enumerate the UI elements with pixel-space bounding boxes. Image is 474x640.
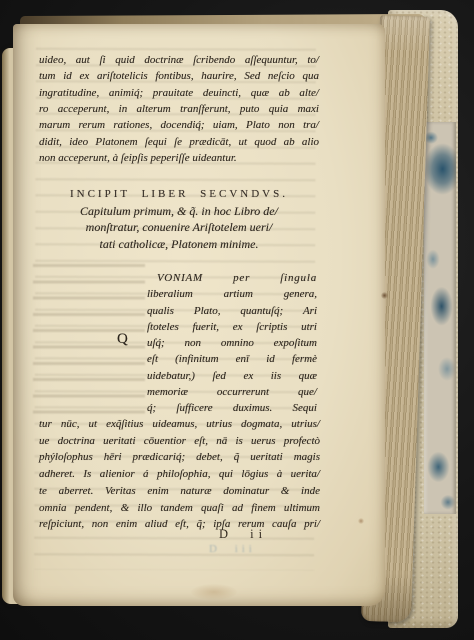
text-line: uſq́; non omnino expoſitum <box>147 335 317 351</box>
text-line: uidebatur,) ſed ex iis quæ <box>147 368 317 384</box>
text-line: tum id ex ariſtotelicis fontibus, haurir… <box>39 68 319 84</box>
text-line: uideo, aut ſi quid doctrinæ ſcribendo aſ… <box>39 52 319 68</box>
text-line: te aberret. Veritas enim naturæ dominatu… <box>39 483 320 500</box>
book-photograph: uideo, aut ſi quid doctrinæ ſcribendo aſ… <box>0 0 474 640</box>
foxing-stain <box>191 584 237 600</box>
text-line: qualis Plato, quantuſq́; Ari <box>147 303 317 319</box>
book-page: uideo, aut ſi quid doctrinæ ſcribendo aſ… <box>13 24 385 606</box>
foxing-spot <box>358 518 364 524</box>
text-line: omnia pendent, & illo tandem quaſi ad fi… <box>39 500 320 517</box>
incipit-title: INCIPIT LIBER SECVNDVS. <box>39 185 319 203</box>
text-line: ro acceperunt, in alterum tranſferunt, p… <box>39 101 319 117</box>
ink-show-through-margin <box>33 264 145 426</box>
text-line: q́; ſufficere duximus. Sequi <box>147 400 317 416</box>
text-line: tur nūc, ut exq̃ſitius uideamus, utrius … <box>39 416 320 433</box>
argument-line: monſtratur, conuenire Ariſtotelem ueri/ <box>39 219 319 235</box>
initial-guide-letter: Q <box>117 332 128 347</box>
text-line: non acceperunt, à ſeipſis peperiſſe uide… <box>39 150 319 166</box>
text-line: adheret. Is alienior á philoſophia, qui … <box>39 466 320 483</box>
opening-paragraph: uideo, aut ſi quid doctrinæ ſcribendo aſ… <box>39 52 319 166</box>
text-line: VONIAM per ſingula <box>147 270 317 286</box>
chapter-opening-indented-block: VONIAM per ſingula liberalium artium gen… <box>147 270 317 417</box>
chapter-heading: INCIPIT LIBER SECVNDVS. Capitulum primum… <box>39 185 319 252</box>
text-line: phýloſophus hēri prædicariq́; debet, q̃ … <box>39 449 320 466</box>
text-line: memoriæ occurrerunt que/ <box>147 384 317 400</box>
text-line: eſt (infinitum enī id fermè <box>147 351 317 367</box>
argument-line: Capitulum primum, & q̃. in hoc Libro de/ <box>39 203 319 219</box>
chapter-body-block: tur nūc, ut exq̃ſitius uideamus, utrius … <box>39 416 320 533</box>
text-line: marum rerum rationes, docendiq́; uiam, P… <box>39 117 319 133</box>
text-line: ingratitudine, animiq́; prauitate deuinc… <box>39 85 319 101</box>
quire-signature-mark: D ii <box>163 527 323 542</box>
foxing-spot <box>381 292 388 299</box>
argument-line: tati catholicæ, Platonem minime. <box>39 236 319 252</box>
text-line: didit, ideo Platonem ſequi ſe prædicāt, … <box>39 134 319 150</box>
text-line: ſtoteles fuerit, ex ſcriptis utri <box>147 319 317 335</box>
text-line: liberalium artium genera, <box>147 286 317 302</box>
signature-show-through: D iii <box>209 543 256 555</box>
blue-marbled-paper <box>424 122 456 514</box>
text-line: ue doctrina ueritati cōuentior eſt, nā i… <box>39 433 320 450</box>
